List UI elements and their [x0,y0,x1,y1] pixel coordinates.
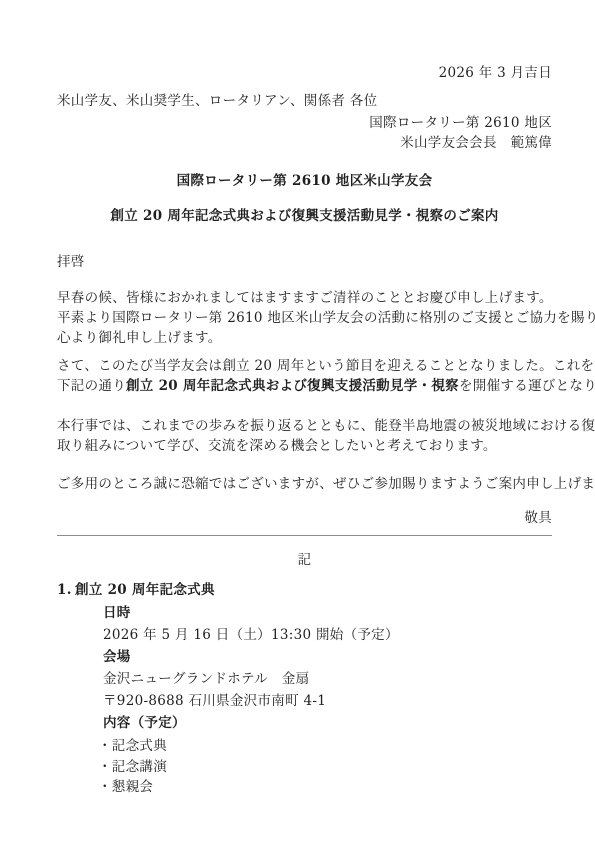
paragraph-line: さて、このたび当学友会は創立 20 周年という節目を迎えることとなりました。これ… [57,356,552,376]
paragraph-greeting: 早春の候、皆様におかれましてはますますご清祥のこととお慶び申し上げます。 平素よ… [57,288,552,348]
content-item: ・懇親会 [98,777,552,798]
content-bullet-list: ・記念式典 ・記念講演 ・懇親会 [57,736,552,798]
document-title-line2: 創立 20 周年記念式典および復興支援活動見学・視察のご案内 [57,206,552,226]
paragraph-line: 平素より国際ロータリー第 2610 地区米山学友会の活動に格別のご支援とご協力を… [57,308,552,328]
paragraph-announcement: さて、このたび当学友会は創立 20 周年という節目を迎えることとなりました。これ… [57,356,552,396]
document-title-line1: 国際ロータリー第 2610 地区米山学友会 [57,171,552,191]
paragraph-purpose: 本行事では、これまでの歩みを振り返るとともに、能登半島地震の被災地域における復興… [57,416,552,456]
detail-item-heading: 1. 創立 20 周年記念式典 [57,580,552,600]
venue-label: 会場 [103,646,552,668]
sender-organization: 国際ロータリー第 2610 地区 [57,113,552,133]
paragraph-invitation: ご多用のところ誠に恐縮ではございますが、ぜひご参加賜りますようご案内申し上げます… [57,474,552,494]
horizontal-divider [57,535,552,536]
content-item: ・記念式典 [98,736,552,757]
event-name-emphasis: 創立 20 周年記念式典および復興支援活動見学・視察 [126,378,459,394]
document-date: 2026 年 3 月吉日 [57,63,552,83]
content-label: 内容（予定） [103,712,552,734]
content-item: ・記念講演 [98,757,552,778]
paragraph-line: 本行事では、これまでの歩みを振り返るとともに、能登半島地震の被災地域における復興… [57,416,552,436]
addressee-line: 米山学友、米山奨学生、ロータリアン、関係者 各位 [57,91,552,111]
venue-address: 〒920-8688 石川県金沢市南町 4-1 [103,690,552,712]
item-title: 創立 20 周年記念式典 [75,580,215,600]
paragraph-line: 下記の通り創立 20 周年記念式典および復興支援活動見学・視察を開催する運びとな… [57,376,552,396]
detail-list: 日時 2026 年 5 月 16 日（土）13:30 開始（予定） 会場 金沢ニ… [57,602,552,734]
paragraph-line: 心より御礼申し上げます。 [57,328,552,348]
paragraph-text: 下記の通り [57,378,126,394]
salutation: 拝啓 [57,252,552,272]
venue-name: 金沢ニューグランドホテル 金扇 [103,668,552,690]
datetime-value: 2026 年 5 月 16 日（土）13:30 開始（予定） [103,624,552,646]
paragraph-line: ご多用のところ誠に恐縮ではございますが、ぜひご参加賜りますようご案内申し上げます… [57,474,552,494]
notice-marker: 記 [57,550,552,570]
sender-person: 米山学友会会長 範篤偉 [57,133,552,153]
document-page: 2026 年 3 月吉日 米山学友、米山奨学生、ロータリアン、関係者 各位 国際… [0,0,595,841]
closing-word: 敬具 [57,508,552,528]
paragraph-line: 取り組みについて学び、交流を深める機会としたいと考えております。 [57,436,552,456]
paragraph-line: 早春の候、皆様におかれましてはますますご清祥のこととお慶び申し上げます。 [57,288,552,308]
item-number: 1. [57,580,75,600]
paragraph-text: を開催する運びとなりました。 [459,378,595,394]
datetime-label: 日時 [103,602,552,624]
